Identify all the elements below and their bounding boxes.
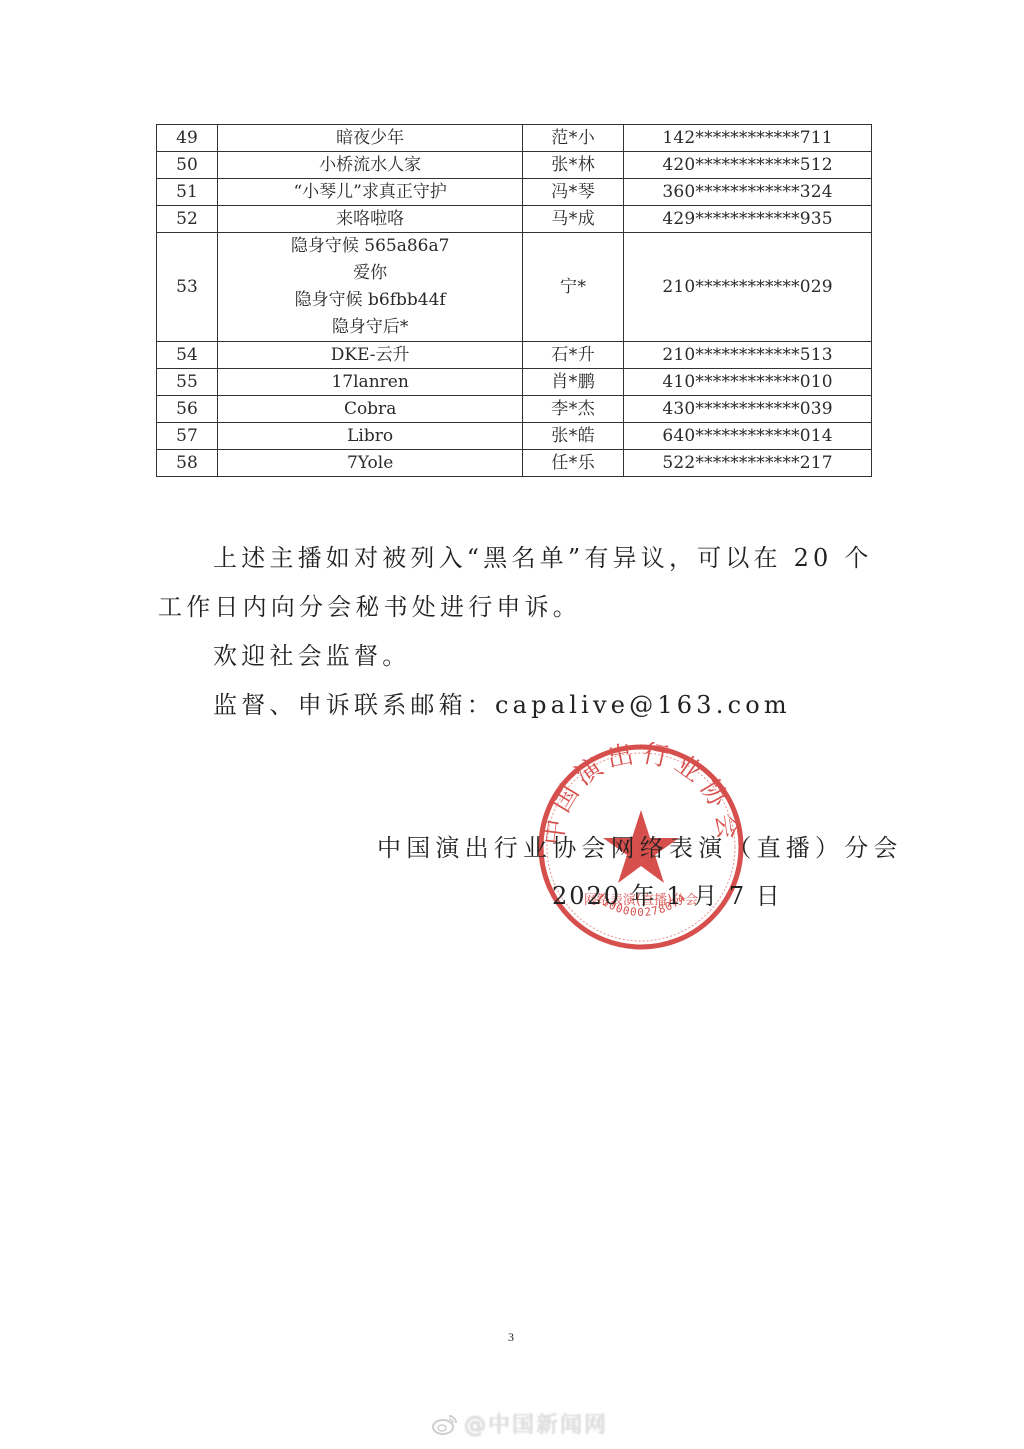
row-number: 50 [157, 152, 218, 179]
table-row: 51 “小琴儿”求真正守护 冯*琴 360************324 [157, 179, 872, 206]
real-name: 任*乐 [523, 450, 624, 477]
blacklist-table: 49 暗夜少年 范*小 142************711 50 小桥流水人家… [156, 124, 872, 477]
row-number: 53 [157, 233, 218, 342]
contact-email-text: 监督、申诉联系邮箱：capalive@163.com [158, 685, 927, 720]
table-row: 58 7Yole 任*乐 522************217 [157, 450, 872, 477]
nickname: 隐身守后* [218, 314, 522, 341]
source-watermark: @中国新闻网 [432, 1408, 608, 1439]
real-name: 范*小 [523, 125, 624, 152]
id-number: 360************324 [624, 179, 872, 206]
nickname: “小琴儿”求真正守护 [217, 179, 522, 206]
row-number: 56 [157, 396, 218, 423]
real-name: 冯*琴 [523, 179, 624, 206]
id-number: 522************217 [624, 450, 872, 477]
appeal-paragraph-line2: 工作日内向分会秘书处进行申诉。 [158, 587, 872, 622]
table-row: 52 来咯啦咯 马*成 429************935 [157, 206, 872, 233]
id-number: 210************513 [624, 342, 872, 369]
row-number: 52 [157, 206, 218, 233]
row-number: 54 [157, 342, 218, 369]
nickname: 17lanren [217, 369, 522, 396]
table-row: 57 Libro 张*皓 640************014 [157, 423, 872, 450]
id-number: 640************014 [624, 423, 872, 450]
signing-date: 2020 年 1 月 7 日 [552, 876, 782, 911]
nickname: 爱你 [218, 260, 522, 287]
row-number: 57 [157, 423, 218, 450]
row-number: 58 [157, 450, 218, 477]
id-number: 142************711 [624, 125, 872, 152]
table-row: 53 隐身守候 565a86a7 爱你 隐身守候 b6fbb44f 隐身守后* … [157, 233, 872, 342]
table-row: 56 Cobra 李*杰 430************039 [157, 396, 872, 423]
id-number: 429************935 [624, 206, 872, 233]
id-number: 410************010 [624, 369, 872, 396]
id-number: 420************512 [624, 152, 872, 179]
watermark-text: @中国新闻网 [464, 1408, 608, 1439]
real-name: 石*升 [523, 342, 624, 369]
real-name: 李*杰 [523, 396, 624, 423]
real-name: 张*皓 [523, 423, 624, 450]
id-number: 210************029 [624, 233, 872, 342]
nickname: 来咯啦咯 [217, 206, 522, 233]
table-row: 54 DKE-云升 石*升 210************513 [157, 342, 872, 369]
nickname: 隐身守候 565a86a7 [218, 233, 522, 260]
nickname: 隐身守候 b6fbb44f [218, 287, 522, 314]
real-name: 宁* [523, 233, 624, 342]
row-number: 55 [157, 369, 218, 396]
appeal-paragraph-line1: 上述主播如对被列入“黑名单”有异议，可以在 20 个 [158, 538, 927, 573]
real-name: 肖*鹏 [523, 369, 624, 396]
page-number: 3 [508, 1330, 514, 1345]
id-number: 430************039 [624, 396, 872, 423]
table-row: 49 暗夜少年 范*小 142************711 [157, 125, 872, 152]
row-number: 49 [157, 125, 218, 152]
nickname: 暗夜少年 [217, 125, 522, 152]
nickname: DKE-云升 [217, 342, 522, 369]
document-page: 49 暗夜少年 范*小 142************711 50 小桥流水人家… [0, 0, 1024, 1449]
welcome-supervision-text: 欢迎社会监督。 [158, 636, 927, 671]
nickname: 7Yole [217, 450, 522, 477]
nickname-multi: 隐身守候 565a86a7 爱你 隐身守候 b6fbb44f 隐身守后* [217, 233, 522, 342]
real-name: 张*林 [523, 152, 624, 179]
table-row: 50 小桥流水人家 张*林 420************512 [157, 152, 872, 179]
table-row: 55 17lanren 肖*鹏 410************010 [157, 369, 872, 396]
weibo-icon [432, 1413, 458, 1435]
signing-organization: 中国演出行业协会网络表演（直播）分会 [377, 828, 903, 863]
real-name: 马*成 [523, 206, 624, 233]
nickname: 小桥流水人家 [217, 152, 522, 179]
row-number: 51 [157, 179, 218, 206]
nickname: Libro [217, 423, 522, 450]
nickname: Cobra [217, 396, 522, 423]
